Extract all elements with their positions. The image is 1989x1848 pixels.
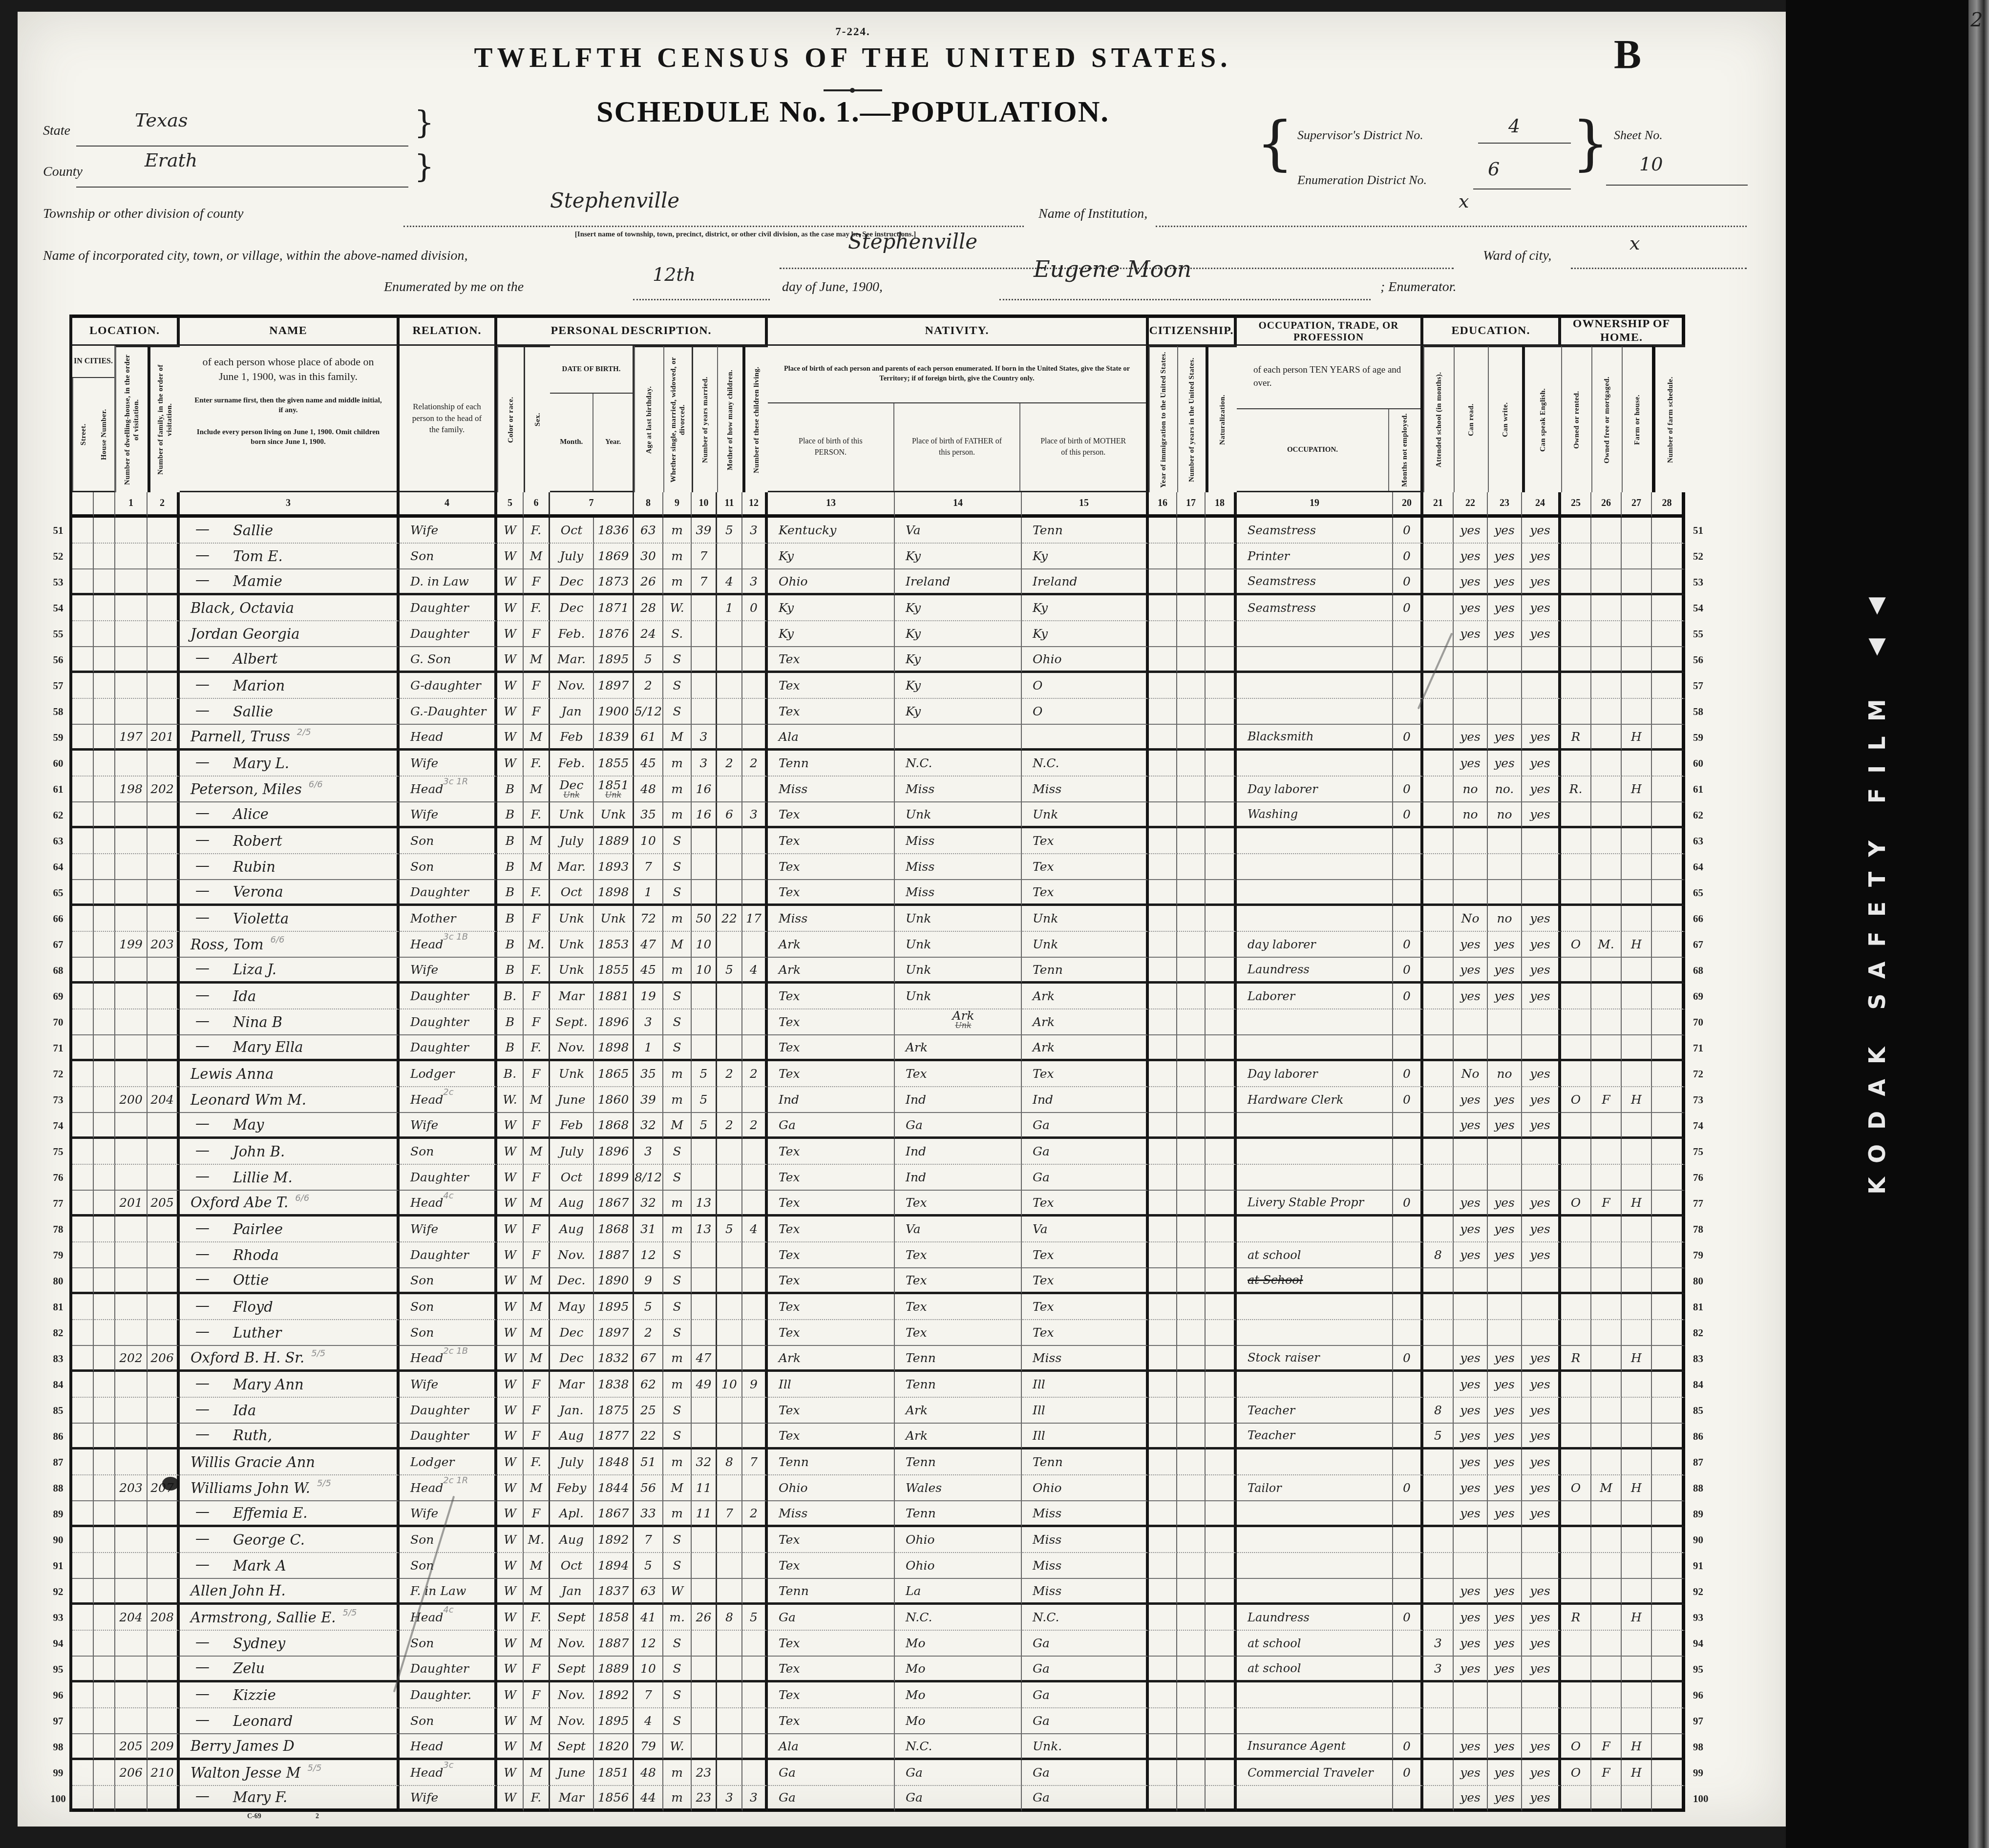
cell-wr: yes (1488, 1242, 1522, 1268)
row-number-right: 93 (1685, 1605, 1713, 1631)
cell-en (1522, 854, 1561, 880)
row-number-left: 83 (47, 1346, 72, 1372)
cell-m20 (1393, 828, 1423, 854)
cell-m10 (692, 1035, 717, 1061)
cell-o28 (1652, 1424, 1685, 1449)
cell-o27 (1622, 1035, 1652, 1061)
cell-street (72, 1113, 94, 1139)
cell-o28 (1652, 595, 1685, 621)
cell-c18 (1206, 1320, 1237, 1346)
cell-m11: 2 (717, 751, 742, 777)
cell-wr: yes (1488, 569, 1522, 595)
cell-f (148, 1631, 180, 1657)
cell-bm: Dec (550, 1346, 594, 1372)
cell-pb: Tex (768, 854, 895, 880)
cell-pm: Unk (1022, 802, 1149, 828)
col-marital-label: Whether single, married, widowed, or div… (663, 346, 692, 492)
cell-o27 (1622, 647, 1652, 673)
cell-f (148, 984, 180, 1009)
cell-rd: yes (1454, 1398, 1488, 1424)
cell-pb: Tex (768, 673, 895, 699)
cell-c16 (1149, 1165, 1177, 1191)
institution-label: Name of Institution, (1038, 206, 1147, 222)
cell-c17 (1177, 854, 1206, 880)
cell-rd (1454, 1294, 1488, 1320)
cell-age: 56 (634, 1475, 663, 1501)
cell-rd: yes (1454, 1734, 1488, 1760)
cell-o25 (1561, 647, 1591, 673)
cell-c: B (497, 1009, 524, 1035)
col-pob-mother-label: Place of birth of MOTHER of this person. (1020, 403, 1146, 491)
col-occupation-label: OCCUPATION. (1237, 409, 1389, 491)
cell-by: 1867 (594, 1501, 634, 1527)
cell-o27 (1622, 1501, 1652, 1527)
cell-age: 19 (634, 984, 663, 1009)
cell-occ (1237, 673, 1393, 699)
cell-c18 (1206, 1786, 1237, 1812)
cell-name: Oxford B. H. Sr.5/5 (180, 1346, 400, 1372)
cell-c17 (1177, 1631, 1206, 1657)
row-number-left: 100 (47, 1786, 72, 1812)
county-underline (76, 186, 408, 188)
ward-value: x (1629, 232, 1640, 254)
footer-number: 2 (316, 1813, 319, 1821)
row-number-right: 70 (1685, 1009, 1713, 1035)
cell-house (94, 673, 115, 699)
cell-en: yes (1522, 1424, 1561, 1449)
cell-pf: Ind (895, 1087, 1022, 1113)
cell-o26 (1591, 569, 1622, 595)
cell-wr: no (1488, 802, 1522, 828)
cell-name: Williams John W.5/5 (180, 1475, 400, 1501)
cell-m9: S (663, 1631, 692, 1657)
cell-by: 1881 (594, 984, 634, 1009)
cell-o28 (1652, 1294, 1685, 1320)
cell-m21 (1423, 1734, 1454, 1760)
cell-bm: Oct (550, 518, 594, 544)
township-value: Stephenville (550, 189, 679, 212)
cell-c18 (1206, 880, 1237, 906)
cell-c18 (1206, 673, 1237, 699)
enumerated-day: 12th (653, 264, 696, 285)
cell-m21 (1423, 1682, 1454, 1708)
cell-c17 (1177, 1087, 1206, 1113)
cell-pm: Unk (1022, 932, 1149, 958)
cell-m21 (1423, 1061, 1454, 1087)
cell-m12 (742, 1657, 768, 1682)
cell-m20: 0 (1393, 984, 1423, 1009)
cell-c18 (1206, 1760, 1237, 1786)
cell-f (148, 751, 180, 777)
col-children-living-label: Number of these children living. (742, 346, 768, 492)
cell-c: W (497, 621, 524, 647)
cell-m12: 3 (742, 802, 768, 828)
cell-rd: yes (1454, 621, 1488, 647)
cell-m20 (1393, 1398, 1423, 1424)
cell-street (72, 1398, 94, 1424)
cell-pb: Tex (768, 1708, 895, 1734)
cell-wr (1488, 880, 1522, 906)
row-number-right: 60 (1685, 751, 1713, 777)
cell-m12: 17 (742, 906, 768, 932)
cell-pm: Tenn (1022, 518, 1149, 544)
cell-m20: 0 (1393, 725, 1423, 751)
cell-street (72, 880, 94, 906)
cell-pm: Ky (1022, 621, 1149, 647)
cell-o26 (1591, 1061, 1622, 1087)
cell-c16 (1149, 725, 1177, 751)
cell-by: 1898 (594, 880, 634, 906)
cell-m10 (692, 1294, 717, 1320)
cell-m21 (1423, 984, 1454, 1009)
cell-f (148, 1708, 180, 1734)
cell-s: F. (524, 518, 550, 544)
cell-m21 (1423, 880, 1454, 906)
cell-c17 (1177, 1009, 1206, 1035)
cell-pf: ArkUnk (895, 1009, 1022, 1035)
cell-c18 (1206, 1527, 1237, 1553)
cell-o26 (1591, 725, 1622, 751)
cell-occ (1237, 1009, 1393, 1035)
cell-s: F. (524, 751, 550, 777)
cell-m9: m (663, 1372, 692, 1398)
cell-en: yes (1522, 1191, 1561, 1217)
cell-o28 (1652, 1708, 1685, 1734)
cell-m21 (1423, 569, 1454, 595)
cell-d (115, 1501, 148, 1527)
cell-en: yes (1522, 518, 1561, 544)
row-number-left: 62 (47, 802, 72, 828)
cell-name: —Mamie (180, 569, 400, 595)
cell-f: 206 (148, 1346, 180, 1372)
cell-o25 (1561, 1708, 1591, 1734)
row-number-left: 90 (47, 1527, 72, 1553)
cell-pb: Tex (768, 1139, 895, 1165)
cell-wr: yes (1488, 751, 1522, 777)
cell-street (72, 1372, 94, 1398)
cell-o26 (1591, 777, 1622, 802)
cell-c17 (1177, 1035, 1206, 1061)
cell-pm: Ark (1022, 984, 1149, 1009)
cell-pb: Ohio (768, 569, 895, 595)
cell-pf: Ark (895, 1398, 1022, 1424)
cell-c16 (1149, 1553, 1177, 1579)
cell-bm: Nov. (550, 1242, 594, 1268)
cell-o26 (1591, 984, 1622, 1009)
cell-o26 (1591, 1165, 1622, 1191)
cell-d: 200 (115, 1087, 148, 1113)
cell-m12 (742, 725, 768, 751)
cell-bm: Aug (550, 1217, 594, 1242)
cell-pm: Ga (1022, 1657, 1149, 1682)
row-number-right: 51 (1685, 518, 1713, 544)
cell-m10 (692, 1708, 717, 1734)
cell-bm: Nov. (550, 1708, 594, 1734)
cell-o26 (1591, 880, 1622, 906)
cell-m9: S (663, 647, 692, 673)
cell-bm: Unk (550, 1061, 594, 1087)
cell-name: —Ida (180, 1398, 400, 1424)
cell-occ: Day laborer (1237, 1061, 1393, 1087)
cell-c18 (1206, 595, 1237, 621)
cell-m21 (1423, 906, 1454, 932)
cell-o27 (1622, 1061, 1652, 1087)
cell-bm: Nov. (550, 673, 594, 699)
cell-c18 (1206, 802, 1237, 828)
column-number: 16 (1149, 492, 1177, 518)
cell-m21: 3 (1423, 1657, 1454, 1682)
cell-bm: July (550, 544, 594, 569)
cell-rd (1454, 1708, 1488, 1734)
cell-m20 (1393, 1113, 1423, 1139)
cell-pb: Tex (768, 1217, 895, 1242)
cell-age: 44 (634, 1786, 663, 1812)
cell-m9: m (663, 802, 692, 828)
cell-wr: yes (1488, 932, 1522, 958)
cell-pf: Tex (895, 1268, 1022, 1294)
cell-m20: 0 (1393, 1087, 1423, 1113)
cell-m10 (692, 699, 717, 725)
row-number-left: 79 (47, 1242, 72, 1268)
cell-occ: Day laborer (1237, 777, 1393, 802)
state-underline (76, 145, 408, 147)
cell-m11 (717, 1346, 742, 1372)
cell-house (94, 647, 115, 673)
cell-pm (1022, 725, 1149, 751)
cell-by: 1896 (594, 1139, 634, 1165)
cell-occ (1237, 1372, 1393, 1398)
cell-name: —Nina B (180, 1009, 400, 1035)
cell-rel: G-daughter (400, 673, 497, 699)
cell-name: —Pairlee (180, 1217, 400, 1242)
cell-m9: m (663, 1786, 692, 1812)
cell-o26 (1591, 1268, 1622, 1294)
row-number-right: 67 (1685, 932, 1713, 958)
cell-wr: yes (1488, 1449, 1522, 1475)
cell-o27 (1622, 958, 1652, 984)
cell-m21 (1423, 1294, 1454, 1320)
cell-m11 (717, 1191, 742, 1217)
cell-street (72, 1631, 94, 1657)
cell-house (94, 1320, 115, 1346)
cell-street (72, 1657, 94, 1682)
cell-pf: Ky (895, 673, 1022, 699)
cell-wr: yes (1488, 1734, 1522, 1760)
cell-house (94, 1294, 115, 1320)
cell-m12 (742, 647, 768, 673)
row-number-left: 56 (47, 647, 72, 673)
cell-o26 (1591, 1682, 1622, 1708)
cell-street (72, 1320, 94, 1346)
cell-m21 (1423, 1268, 1454, 1294)
cell-o28 (1652, 984, 1685, 1009)
cell-rel: F. in Law (400, 1579, 497, 1605)
cell-o26 (1591, 1242, 1622, 1268)
cell-m11 (717, 1579, 742, 1605)
cell-c16 (1149, 1424, 1177, 1449)
cell-rd: yes (1454, 595, 1488, 621)
cell-en: yes (1522, 932, 1561, 958)
cell-c18 (1206, 699, 1237, 725)
cell-c16 (1149, 1139, 1177, 1165)
cell-d (115, 1424, 148, 1449)
row-number-left: 89 (47, 1501, 72, 1527)
cell-m10 (692, 1268, 717, 1294)
cell-street (72, 1734, 94, 1760)
cell-o25 (1561, 1242, 1591, 1268)
cell-m20 (1393, 1786, 1423, 1812)
row-number-left: 58 (47, 699, 72, 725)
cell-street (72, 1579, 94, 1605)
cell-by: 1853 (594, 932, 634, 958)
cell-occ (1237, 1113, 1393, 1139)
col-years-us-label: Number of years in the United States. (1177, 346, 1206, 492)
cell-c16 (1149, 1087, 1177, 1113)
cell-m9: S (663, 1657, 692, 1682)
cell-o28 (1652, 906, 1685, 932)
cell-pf: Tenn (895, 1449, 1022, 1475)
cell-m11 (717, 673, 742, 699)
cell-m9: m (663, 544, 692, 569)
cell-m20: 0 (1393, 1346, 1423, 1372)
row-number-right: 61 (1685, 777, 1713, 802)
cell-name: —Robert (180, 828, 400, 854)
cell-street (72, 1760, 94, 1786)
cell-m21 (1423, 1087, 1454, 1113)
cell-c17 (1177, 595, 1206, 621)
cell-c16 (1149, 1475, 1177, 1501)
cell-o27 (1622, 1268, 1652, 1294)
cell-rel: Daughter (400, 1242, 497, 1268)
cell-m9: S (663, 1165, 692, 1191)
row-number-left: 65 (47, 880, 72, 906)
cell-rd: yes (1454, 1346, 1488, 1372)
cell-s: M (524, 1708, 550, 1734)
cell-m10 (692, 1579, 717, 1605)
cell-o26 (1591, 1320, 1622, 1346)
cell-house (94, 1009, 115, 1035)
cell-c17 (1177, 1708, 1206, 1734)
cell-m11 (717, 880, 742, 906)
cell-d (115, 854, 148, 880)
cell-name: —Mary Ella (180, 1035, 400, 1061)
cell-age: 35 (634, 802, 663, 828)
cell-pb: Ind (768, 1087, 895, 1113)
cell-street (72, 673, 94, 699)
cell-rd: yes (1454, 1113, 1488, 1139)
cell-d: 201 (115, 1191, 148, 1217)
cell-rd: no (1454, 777, 1488, 802)
cell-en: yes (1522, 958, 1561, 984)
cell-rd: No (1454, 1061, 1488, 1087)
cell-bm: Apl. (550, 1501, 594, 1527)
cell-pf: Mo (895, 1631, 1022, 1657)
cell-wr (1488, 1165, 1522, 1191)
cell-c18 (1206, 854, 1237, 880)
col-color-label: Color or race. (497, 346, 524, 492)
cell-o25 (1561, 1527, 1591, 1553)
cell-f (148, 673, 180, 699)
cell-c18 (1206, 1268, 1237, 1294)
cell-by: 1855 (594, 958, 634, 984)
right-gutter-header (1685, 315, 1713, 518)
cell-d (115, 1165, 148, 1191)
cell-en: yes (1522, 984, 1561, 1009)
cell-rel: Daughter (400, 1398, 497, 1424)
cell-occ: Blacksmith (1237, 725, 1393, 751)
cell-o26: F (1591, 1087, 1622, 1113)
cell-age: 12 (634, 1631, 663, 1657)
cell-bm: Mar (550, 1786, 594, 1812)
enumeration-underline (1473, 188, 1571, 189)
cell-pm: Ky (1022, 544, 1149, 569)
cell-c17 (1177, 1657, 1206, 1682)
cell-bm: Dec (550, 569, 594, 595)
cell-m11 (717, 725, 742, 751)
cell-m12 (742, 828, 768, 854)
cell-c16 (1149, 1061, 1177, 1087)
cell-o26 (1591, 518, 1622, 544)
row-number-left: 64 (47, 854, 72, 880)
cell-wr: yes (1488, 1760, 1522, 1786)
col-family-label: Number of family, in the order of visita… (148, 346, 180, 492)
township-label: Township or other division of county (43, 206, 243, 222)
cell-d (115, 1268, 148, 1294)
cell-pm: Tex (1022, 1061, 1149, 1087)
cell-c17 (1177, 880, 1206, 906)
cell-s: F (524, 1165, 550, 1191)
cell-rel: Wife (400, 802, 497, 828)
cell-en (1522, 1035, 1561, 1061)
cell-house (94, 1061, 115, 1087)
cell-c17 (1177, 569, 1206, 595)
cell-occ: Insurance Agent (1237, 1734, 1393, 1760)
cell-m10: 23 (692, 1760, 717, 1786)
cell-o25: O (1561, 1734, 1591, 1760)
cell-c18 (1206, 1682, 1237, 1708)
cell-o25 (1561, 1786, 1591, 1812)
cell-c17 (1177, 1786, 1206, 1812)
row-number-right: 86 (1685, 1424, 1713, 1449)
cell-pf: Ky (895, 595, 1022, 621)
cell-occ: Seamstress (1237, 569, 1393, 595)
cell-wr (1488, 1708, 1522, 1734)
cell-rel: Daughter (400, 1165, 497, 1191)
cell-house (94, 880, 115, 906)
cell-c16 (1149, 1398, 1177, 1424)
cell-house (94, 802, 115, 828)
census-scan-page: 7-224. TWELFTH CENSUS OF THE UNITED STAT… (0, 0, 1989, 1848)
cell-pf: Unk (895, 958, 1022, 984)
row-number-left: 81 (47, 1294, 72, 1320)
cell-o25 (1561, 595, 1591, 621)
cell-m21 (1423, 854, 1454, 880)
cell-o25 (1561, 1501, 1591, 1527)
cell-c16 (1149, 1217, 1177, 1242)
cell-m20: 0 (1393, 802, 1423, 828)
cell-by: 1894 (594, 1553, 634, 1579)
cell-o27 (1622, 1165, 1652, 1191)
cell-pm: Ga (1022, 1760, 1149, 1786)
cell-o25 (1561, 673, 1591, 699)
cell-wr (1488, 1553, 1522, 1579)
cell-m12 (742, 1165, 768, 1191)
cell-o26 (1591, 1217, 1622, 1242)
enumerated-mid: day of June, 1900, (782, 279, 883, 295)
cell-pf: La (895, 1579, 1022, 1605)
cell-o25 (1561, 1061, 1591, 1087)
cell-by: 1896 (594, 1009, 634, 1035)
